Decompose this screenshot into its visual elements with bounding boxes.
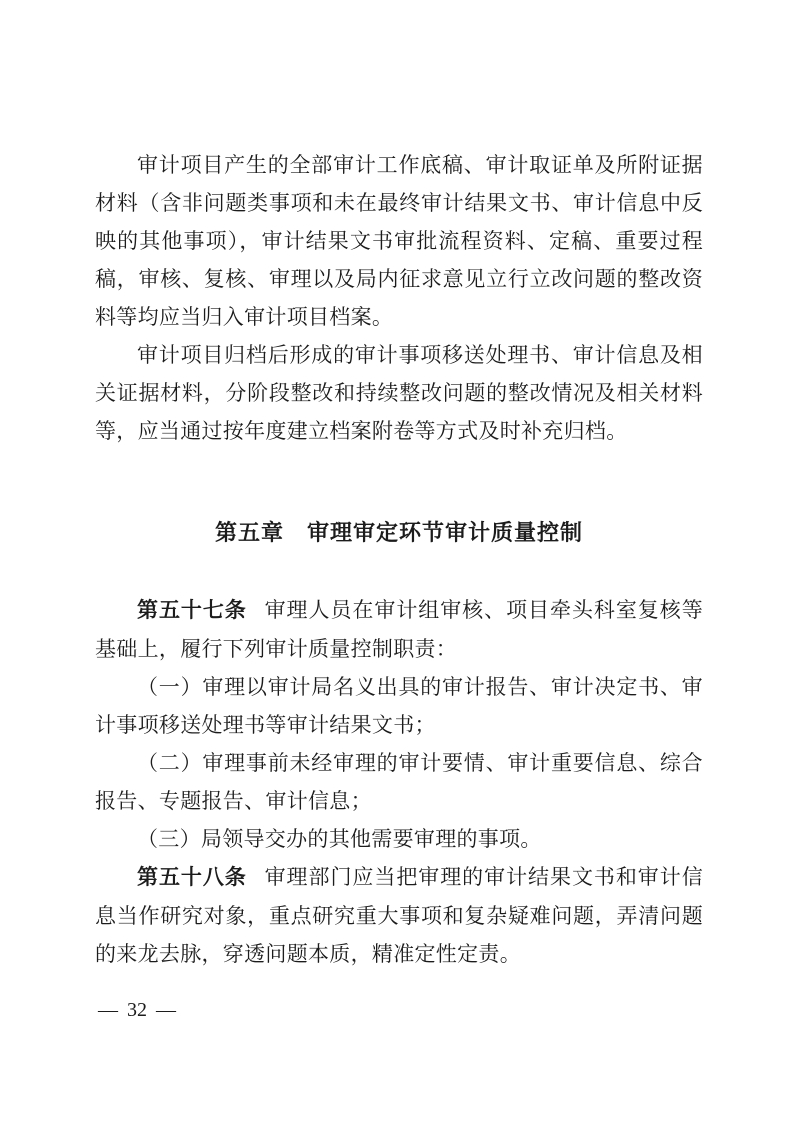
- document-body: 审计项目产生的全部审计工作底稿、审计取证单及所附证据材料（含非问题类事项和未在最…: [95, 146, 703, 973]
- article-57-item-1: （一）审理以审计局名义出具的审计报告、审计决定书、审计事项移送处理书等审计结果文…: [95, 668, 703, 744]
- article-58: 第五十八条审理部门应当把审理的审计结果文书和审计信息当作研究对象，重点研究重大事…: [95, 858, 703, 973]
- page-footer: — 32 —: [98, 996, 176, 1024]
- footer-dash-left: —: [98, 996, 118, 1024]
- document-page: 审计项目产生的全部审计工作底稿、审计取证单及所附证据材料（含非问题类事项和未在最…: [0, 0, 793, 1122]
- chapter-heading: 第五章 审理审定环节审计质量控制: [95, 513, 703, 553]
- article-57-item-2: （二）审理事前未经审理的审计要情、审计重要信息、综合报告、专题报告、审计信息；: [95, 744, 703, 820]
- article-57-number: 第五十七条: [137, 599, 247, 622]
- article-57-item-3: （三）局领导交办的其他需要审理的事项。: [95, 820, 703, 858]
- page-number: 32: [127, 996, 147, 1024]
- article-58-number: 第五十八条: [137, 866, 247, 889]
- footer-dash-right: —: [156, 996, 176, 1024]
- article-57: 第五十七条审理人员在审计组审核、项目牵头科室复核等基础上，履行下列审计质量控制职…: [95, 591, 703, 668]
- paragraph-archive-scope: 审计项目产生的全部审计工作底稿、审计取证单及所附证据材料（含非问题类事项和未在最…: [95, 146, 703, 336]
- paragraph-supplementary-filing: 审计项目归档后形成的审计事项移送处理书、审计信息及相关证据材料，分阶段整改和持续…: [95, 336, 703, 450]
